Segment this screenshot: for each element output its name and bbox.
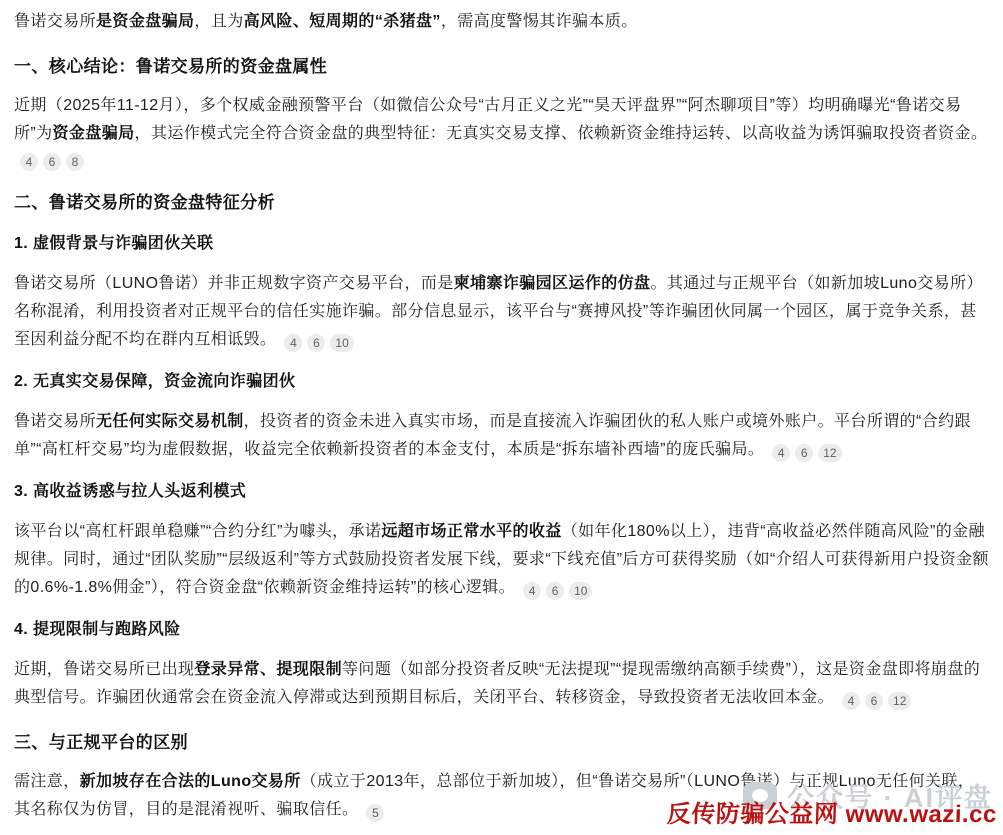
citation-badge[interactable]: 4 [284, 334, 302, 352]
text-run: 鲁诺交易所 [14, 413, 96, 430]
citation-badge[interactable]: 5 [366, 804, 384, 822]
text-run: ，其运作模式完全符合资金盘的典型特征：无真实交易支撑、依赖新资金维持运转、以高收… [135, 125, 988, 142]
citation-badge[interactable]: 4 [842, 692, 860, 710]
citation-badge[interactable]: 6 [865, 692, 883, 710]
citation-badge[interactable]: 12 [818, 444, 841, 462]
bold-text: 资金盘骗局 [53, 125, 135, 142]
subsection-heading: 1. 虚假背景与诈骗团伙关联 [14, 232, 989, 256]
citation-badge[interactable]: 6 [795, 444, 813, 462]
paragraph: 鲁诺交易所无任何实际交易机制，投资者的资金未进入真实市场，而是直接流入诈骗团伙的… [14, 408, 989, 464]
bold-text: 高风险、短周期的“杀猪盘” [244, 13, 441, 30]
subsection-heading: 4. 提现限制与跑路风险 [14, 618, 989, 642]
paragraph: 该平台以“高杠杆跟单稳赚”“合约分红”为噱头，承诺远超市场正常水平的收益（如年化… [14, 518, 989, 602]
citation-badge[interactable]: 4 [523, 582, 541, 600]
citation-badge[interactable]: 10 [569, 582, 592, 600]
bold-text: 远超市场正常水平的收益 [381, 523, 561, 540]
article-body: 鲁诺交易所是资金盘骗局，且为高风险、短周期的“杀猪盘”，需高度警惕其诈骗本质。一… [0, 0, 1003, 824]
text-run: ，且为 [194, 13, 243, 30]
paragraph: 鲁诺交易所是资金盘骗局，且为高风险、短周期的“杀猪盘”，需高度警惕其诈骗本质。 [14, 8, 989, 36]
text-run: ，需高度警惕其诈骗本质。 [441, 13, 638, 30]
paragraph: 鲁诺交易所（LUNO鲁诺）并非正规数字资产交易平台，而是柬埔寨诈骗园区运作的仿盘… [14, 270, 989, 354]
citation-group: 4610 [284, 334, 353, 352]
text-run: 鲁诺交易所 [14, 13, 96, 30]
subsection-heading: 2. 无真实交易保障，资金流向诈骗团伙 [14, 370, 989, 394]
text-run: 需注意， [14, 773, 80, 790]
citation-badge[interactable]: 6 [307, 334, 325, 352]
citation-group: 4612 [842, 692, 911, 710]
text-run: 该平台以“高杠杆跟单稳赚”“合约分红”为噱头，承诺 [14, 523, 381, 540]
citation-badge[interactable]: 12 [888, 692, 911, 710]
text-run: 近期，鲁诺交易所已出现 [14, 661, 194, 678]
citation-badge[interactable]: 6 [43, 153, 61, 171]
citation-badge[interactable]: 4 [772, 444, 790, 462]
bold-text: 无任何实际交易机制 [96, 413, 244, 430]
subsection-heading: 3. 高收益诱惑与拉人头返利模式 [14, 480, 989, 504]
bold-text: 柬埔寨诈骗园区运作的仿盘 [454, 275, 651, 292]
section-heading: 三、与正规平台的区别 [14, 730, 989, 756]
watermark-brand: 反传防骗公益网 www.wazi.cc [666, 794, 997, 829]
citation-badge[interactable]: 6 [546, 582, 564, 600]
citation-group: 468 [14, 152, 989, 172]
citation-badge[interactable]: 10 [330, 334, 353, 352]
citation-group: 4610 [523, 582, 592, 600]
citation-badge[interactable]: 4 [20, 153, 38, 171]
citation-group: 4612 [772, 444, 841, 462]
citation-group: 5 [366, 804, 384, 822]
bold-text: 登录异常、提现限制 [194, 661, 342, 678]
text-run: 鲁诺交易所（LUNO鲁诺）并非正规数字资产交易平台，而是 [14, 275, 454, 292]
paragraph: 近期，鲁诺交易所已出现登录异常、提现限制等问题（如部分投资者反映“无法提现”“提… [14, 656, 989, 712]
citation-badge[interactable]: 8 [66, 153, 84, 171]
section-heading: 一、核心结论：鲁诺交易所的资金盘属性 [14, 54, 989, 80]
bold-text: 新加坡存在合法的Luno交易所 [80, 773, 301, 790]
bold-text: 是资金盘骗局 [96, 13, 194, 30]
paragraph: 近期（2025年11-12月），多个权威金融预警平台（如微信公众号“古月正义之光… [14, 92, 989, 148]
section-heading: 二、鲁诺交易所的资金盘特征分析 [14, 190, 989, 216]
